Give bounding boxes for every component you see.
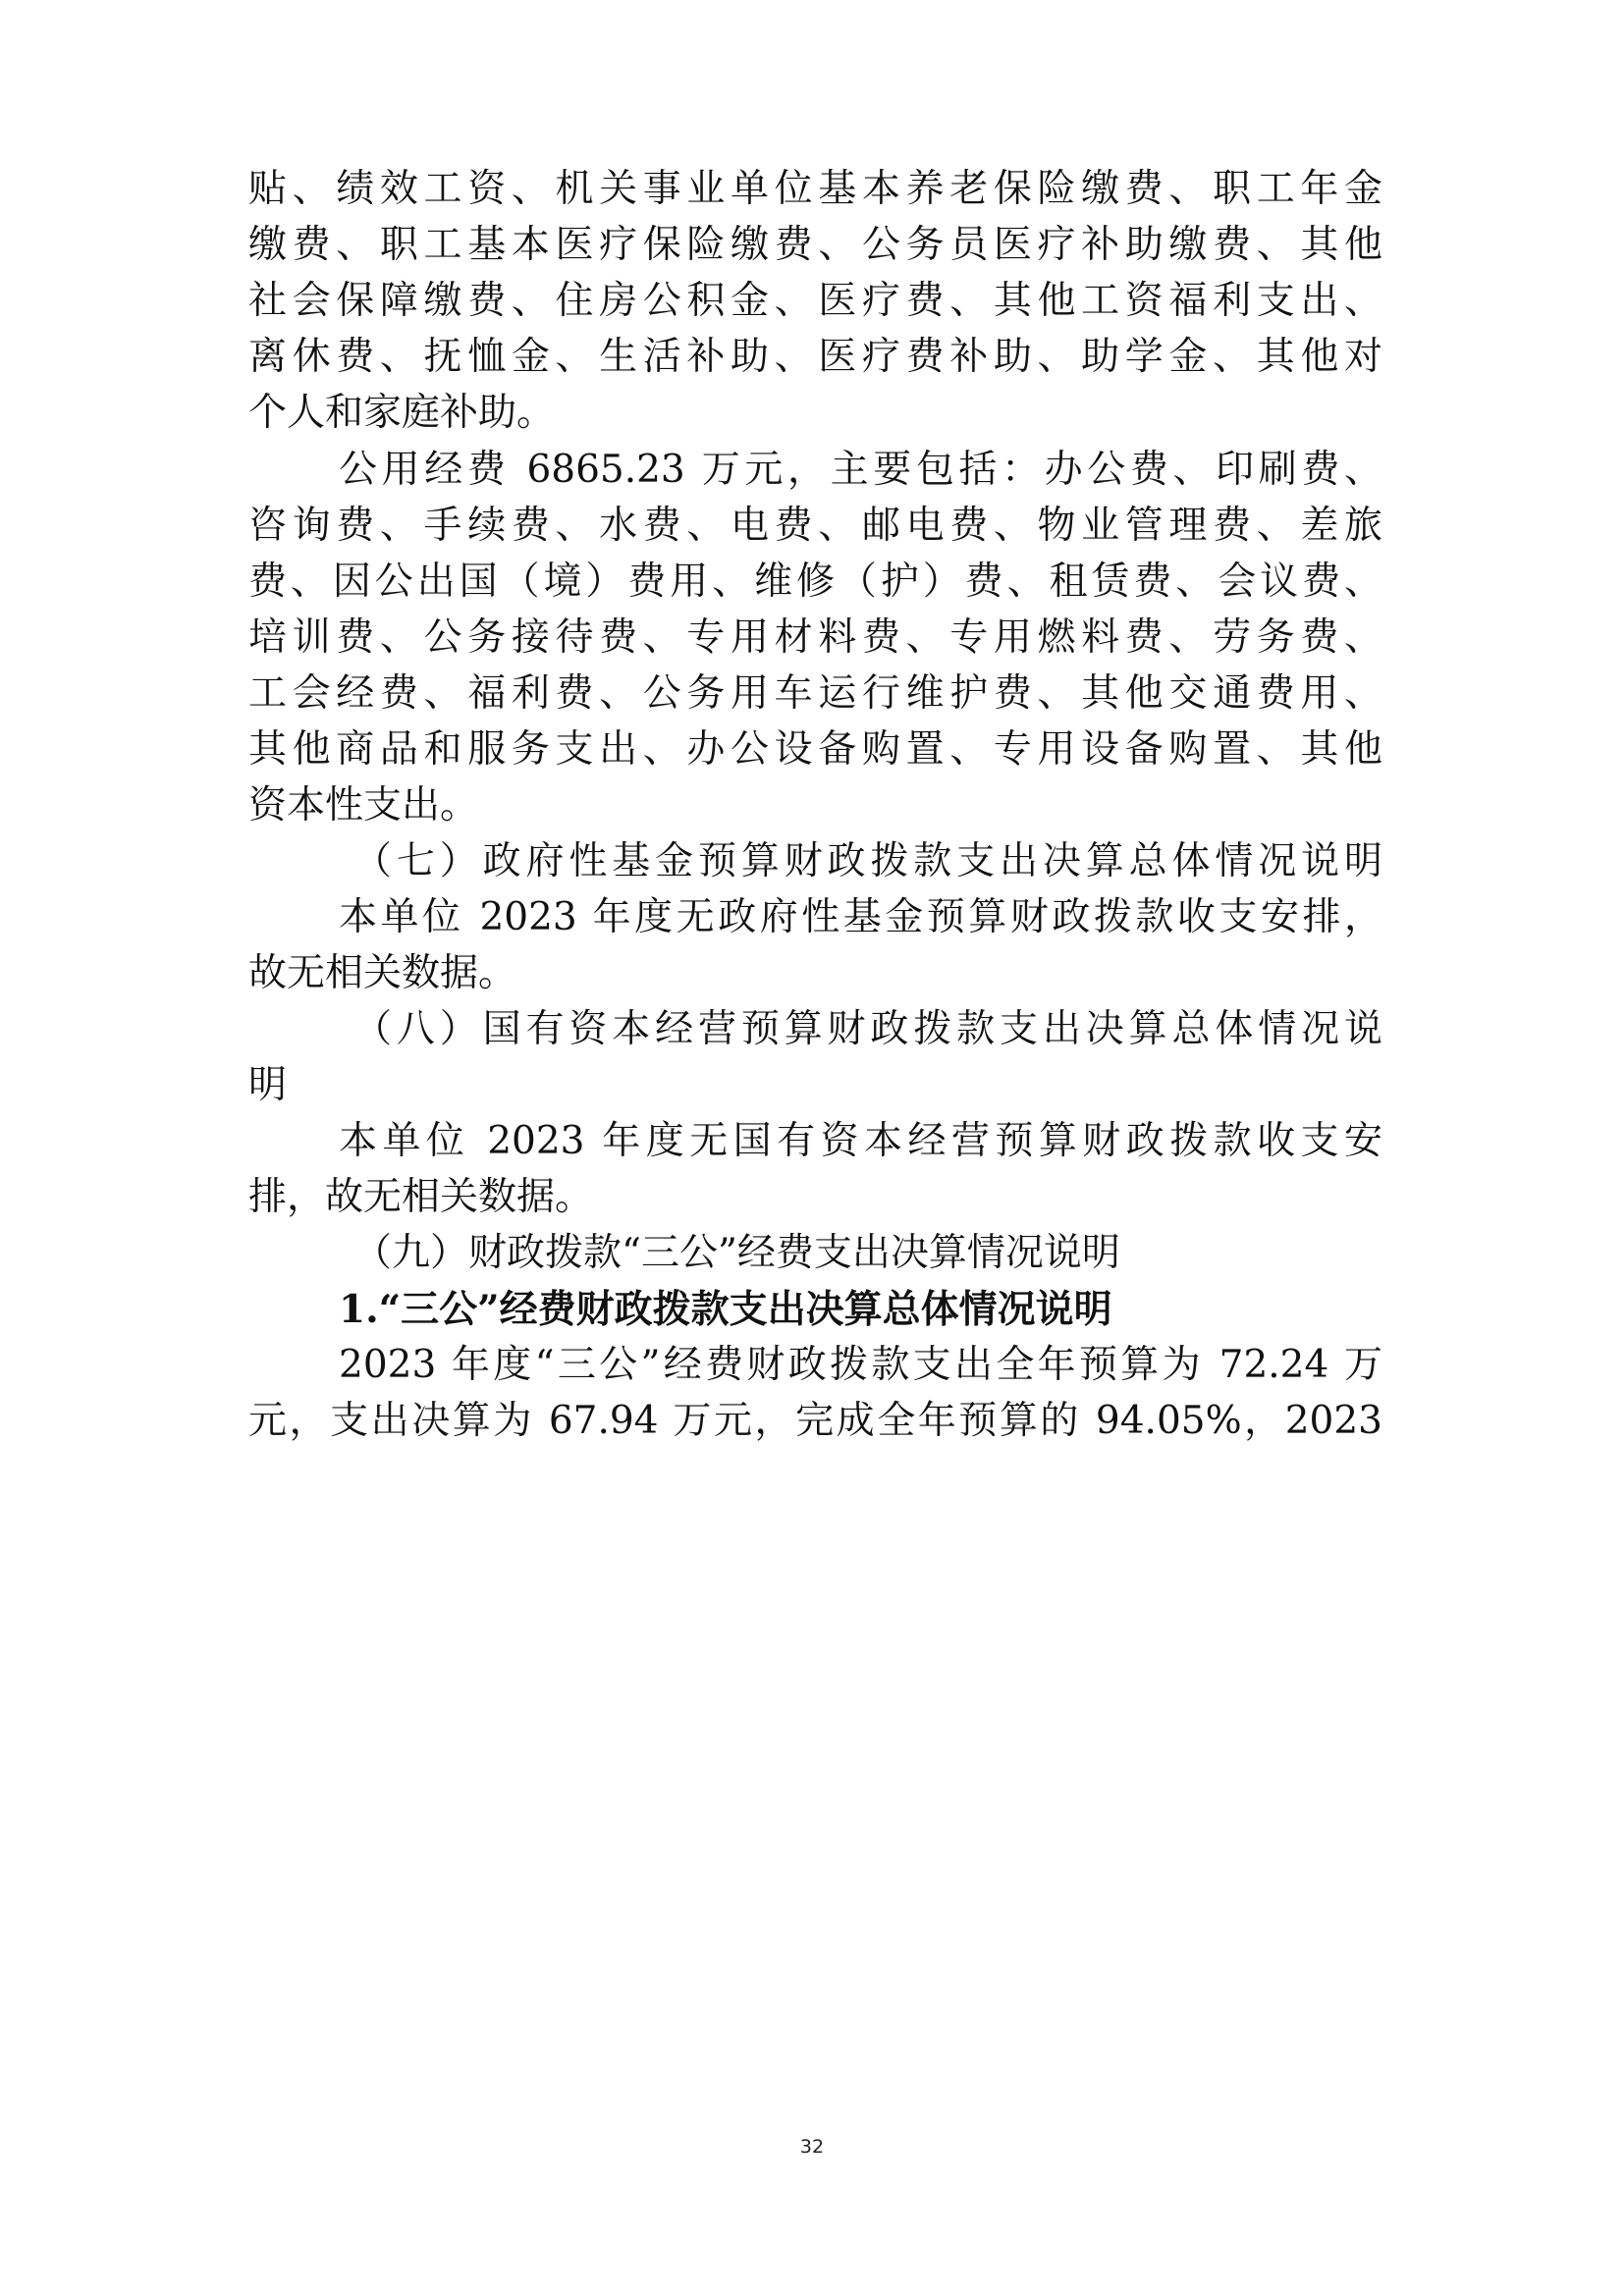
body-text-line: 贴、绩效工资、机关事业单位基本养老保险缴费、职工年金 [248, 167, 1382, 212]
body-text-line: 其他商品和服务支出、办公设备购置、专用设备购置、其他 [248, 727, 1382, 773]
public-funds-paragraph: 公用经费 6865.23 万元，主要包括：办公费、印刷费、 [339, 448, 1382, 493]
body-text-line: 咨询费、手续费、水费、电费、邮电费、物业管理费、差旅 [248, 504, 1382, 549]
body-text-line: 社会保障缴费、住房公积金、医疗费、其他工资福利支出、 [248, 279, 1382, 324]
section-heading-8: （八）国有资本经营预算财政拨款支出决算总体情况说 [353, 1007, 1382, 1052]
body-text-line: 故无相关数据。 [248, 951, 1382, 996]
body-text-line: 费、因公出国（境）费用、维修（护）费、租赁费、会议费、 [248, 560, 1382, 605]
section-heading-8-cont: 明 [248, 1063, 1382, 1108]
body-text-line: 排，故无相关数据。 [248, 1175, 1382, 1220]
body-text-line: 2023 年度“三公”经费财政拨款支出全年预算为 72.24 万 [339, 1343, 1382, 1388]
body-text-line: 缴费、职工基本医疗保险缴费、公务员医疗补助缴费、其他 [248, 223, 1382, 268]
subsection-heading-1: 1.“三公”经费财政拨款支出决算总体情况说明 [339, 1287, 1382, 1332]
body-text-line: 个人和家庭补助。 [248, 391, 1382, 436]
section-heading-7: （七）政府性基金预算财政拨款支出决算总体情况说明 [353, 839, 1382, 884]
section-heading-9: （九）财政拨款“三公”经费支出决算情况说明 [353, 1231, 1382, 1276]
body-text-line: 资本性支出。 [248, 783, 1382, 828]
page-number: 32 [0, 2136, 1624, 2158]
body-text-line: 本单位 2023 年度无国有资本经营预算财政拨款收支安 [339, 1119, 1382, 1164]
body-text-line: 元，支出决算为 67.94 万元，完成全年预算的 94.05%，2023 [248, 1399, 1382, 1444]
body-text-line: 培训费、公务接待费、专用材料费、专用燃料费、劳务费、 [248, 615, 1382, 661]
body-text-line: 本单位 2023 年度无政府性基金预算财政拨款收支安排， [339, 895, 1382, 940]
body-text-line: 工会经费、福利费、公务用车运行维护费、其他交通费用、 [248, 671, 1382, 717]
body-text-line: 离休费、抚恤金、生活补助、医疗费补助、助学金、其他对 [248, 335, 1382, 380]
